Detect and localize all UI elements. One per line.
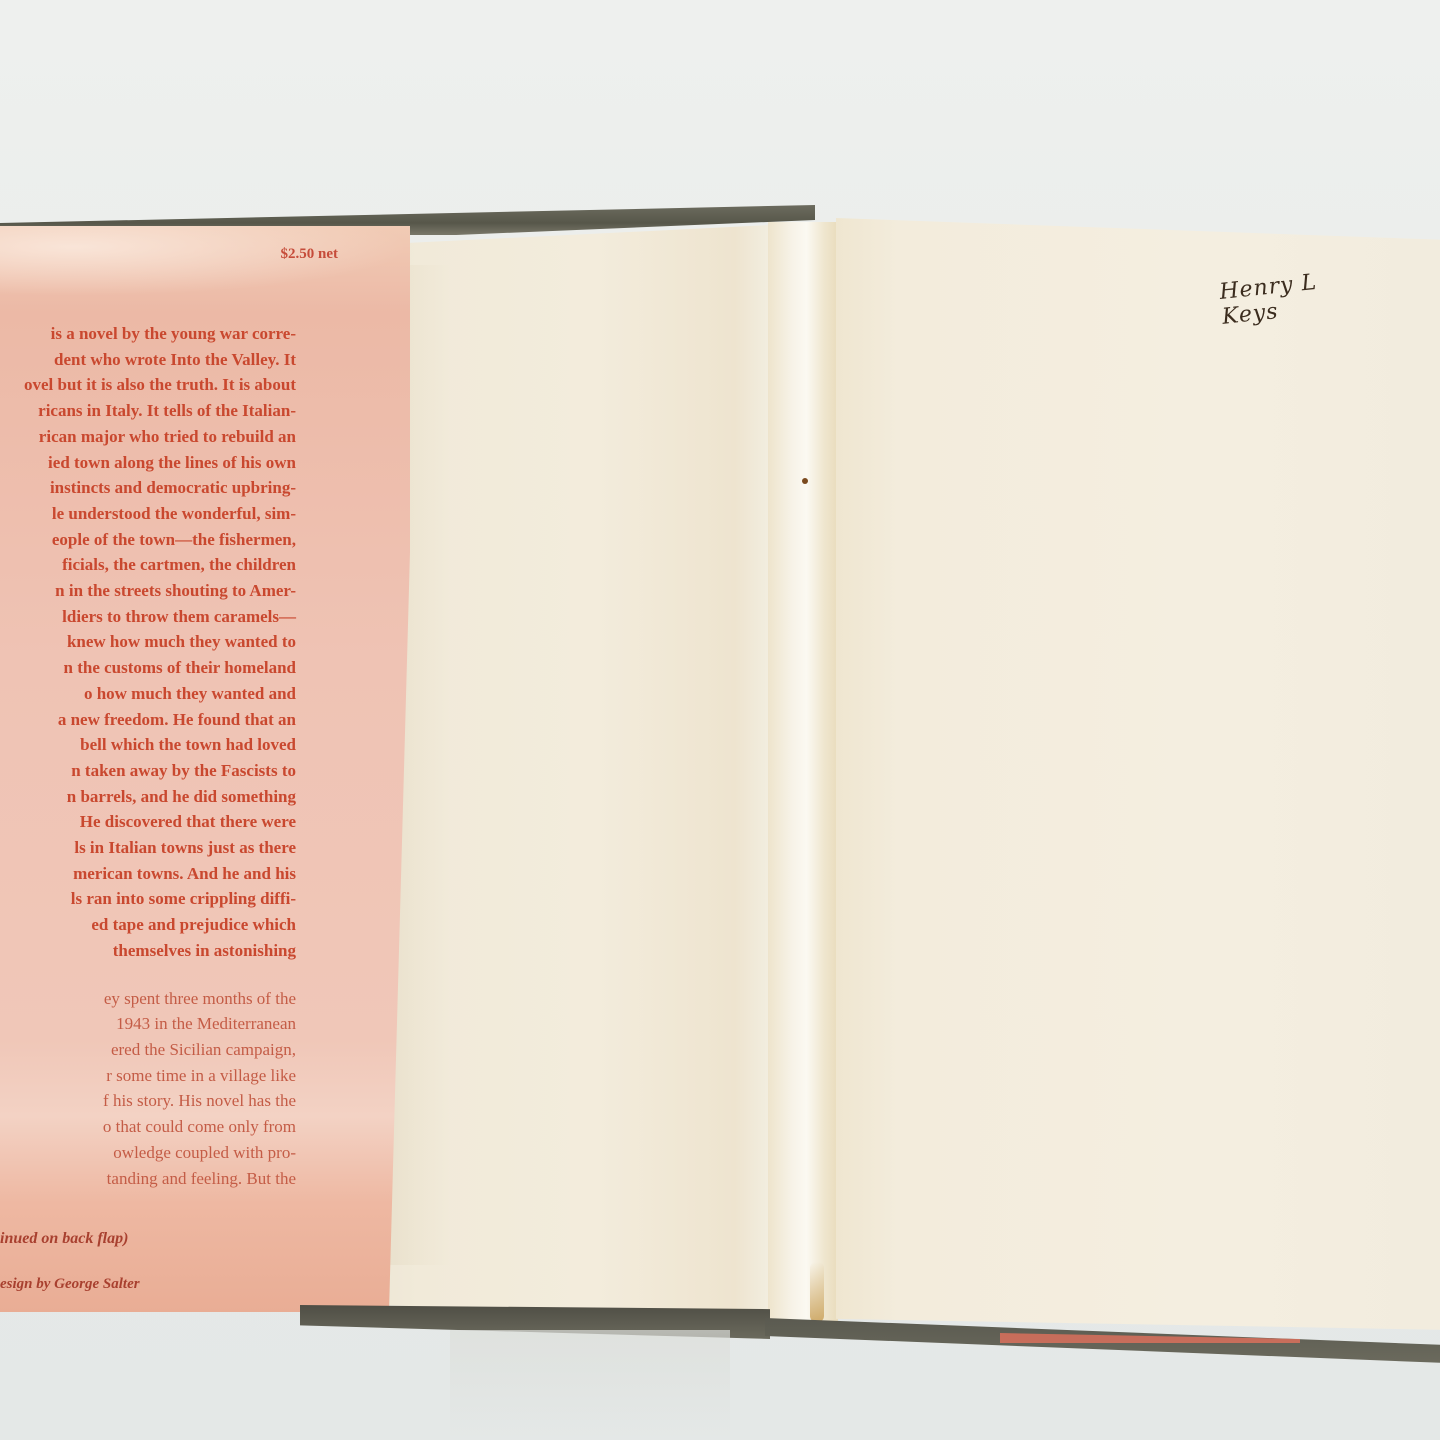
blurb-line: ey spent three months of the — [0, 986, 296, 1012]
blurb-line: ficials, the cartmen, the children — [0, 552, 296, 578]
blurb-line: r some time in a village like — [0, 1063, 296, 1089]
blurb-line: n the customs of their homeland — [0, 655, 296, 681]
blurb-line: ovel but it is also the truth. It is abo… — [0, 372, 296, 398]
blurb-line: themselves in astonishing — [0, 938, 296, 964]
blurb-line: ls in Italian towns just as there — [0, 835, 296, 861]
blurb-line: a new freedom. He found that an — [0, 707, 296, 733]
blurb-line: ricans in Italy. It tells of the Italian… — [0, 398, 296, 424]
blurb-line: tanding and feeling. But the — [0, 1166, 296, 1192]
blurb-line: eople of the town—the fishermen, — [0, 527, 296, 553]
table-reflection — [450, 1330, 730, 1440]
paragraph-gap — [0, 964, 296, 986]
blurb-line: o that could come only from — [0, 1114, 296, 1140]
blurb-line: rican major who tried to rebuild an — [0, 424, 296, 450]
blurb-line: n taken away by the Fascists to — [0, 758, 296, 784]
design-credit: esign by George Salter — [0, 1276, 200, 1293]
blurb-line: is a novel by the young war corre- — [0, 321, 296, 347]
blurb-line: ldiers to throw them caramels— — [0, 604, 296, 630]
blurb-line: dent who wrote Into the Valley. It — [0, 347, 296, 373]
blurb-line: n barrels, and he did something — [0, 784, 296, 810]
foxing-stain — [810, 1262, 824, 1322]
book-gutter — [768, 222, 838, 1330]
blurb-line: bell which the town had loved — [0, 732, 296, 758]
dust-jacket-flap: $2.50 net is a novel by the young war co… — [0, 226, 410, 1312]
blurb-line: o how much they wanted and — [0, 681, 296, 707]
blurb-line: He discovered that there were — [0, 809, 296, 835]
right-free-endpaper — [836, 218, 1440, 1330]
blurb-line: knew how much they wanted to — [0, 629, 296, 655]
blurb-line: ls ran into some crippling diffi- — [0, 886, 296, 912]
blurb-line: ed tape and prejudice which — [0, 912, 296, 938]
foxing-speck — [802, 478, 808, 484]
blurb-line: owledge coupled with pro- — [0, 1140, 296, 1166]
blurb-line: le understood the wonderful, sim- — [0, 501, 296, 527]
flap-blurb: is a novel by the young war corre- dent … — [0, 321, 296, 1191]
book-photo: Henry L Keys $2.50 net is a novel by the… — [0, 0, 1440, 1440]
blurb-line: f his story. His novel has the — [0, 1088, 296, 1114]
jacket-sun-fade — [0, 226, 410, 296]
continued-note: inued on back flap) — [0, 1230, 200, 1248]
price-label: $2.50 net — [281, 246, 339, 263]
blurb-line: instincts and democratic upbring- — [0, 475, 296, 501]
blurb-line: n in the streets shouting to Amer- — [0, 578, 296, 604]
blurb-line: merican towns. And he and his — [0, 861, 296, 887]
owner-signature: Henry L Keys — [1218, 264, 1376, 359]
blurb-line: 1943 in the Mediterranean — [0, 1011, 296, 1037]
blurb-line: ied town along the lines of his own — [0, 450, 296, 476]
blurb-line: ered the Sicilian campaign, — [0, 1037, 296, 1063]
